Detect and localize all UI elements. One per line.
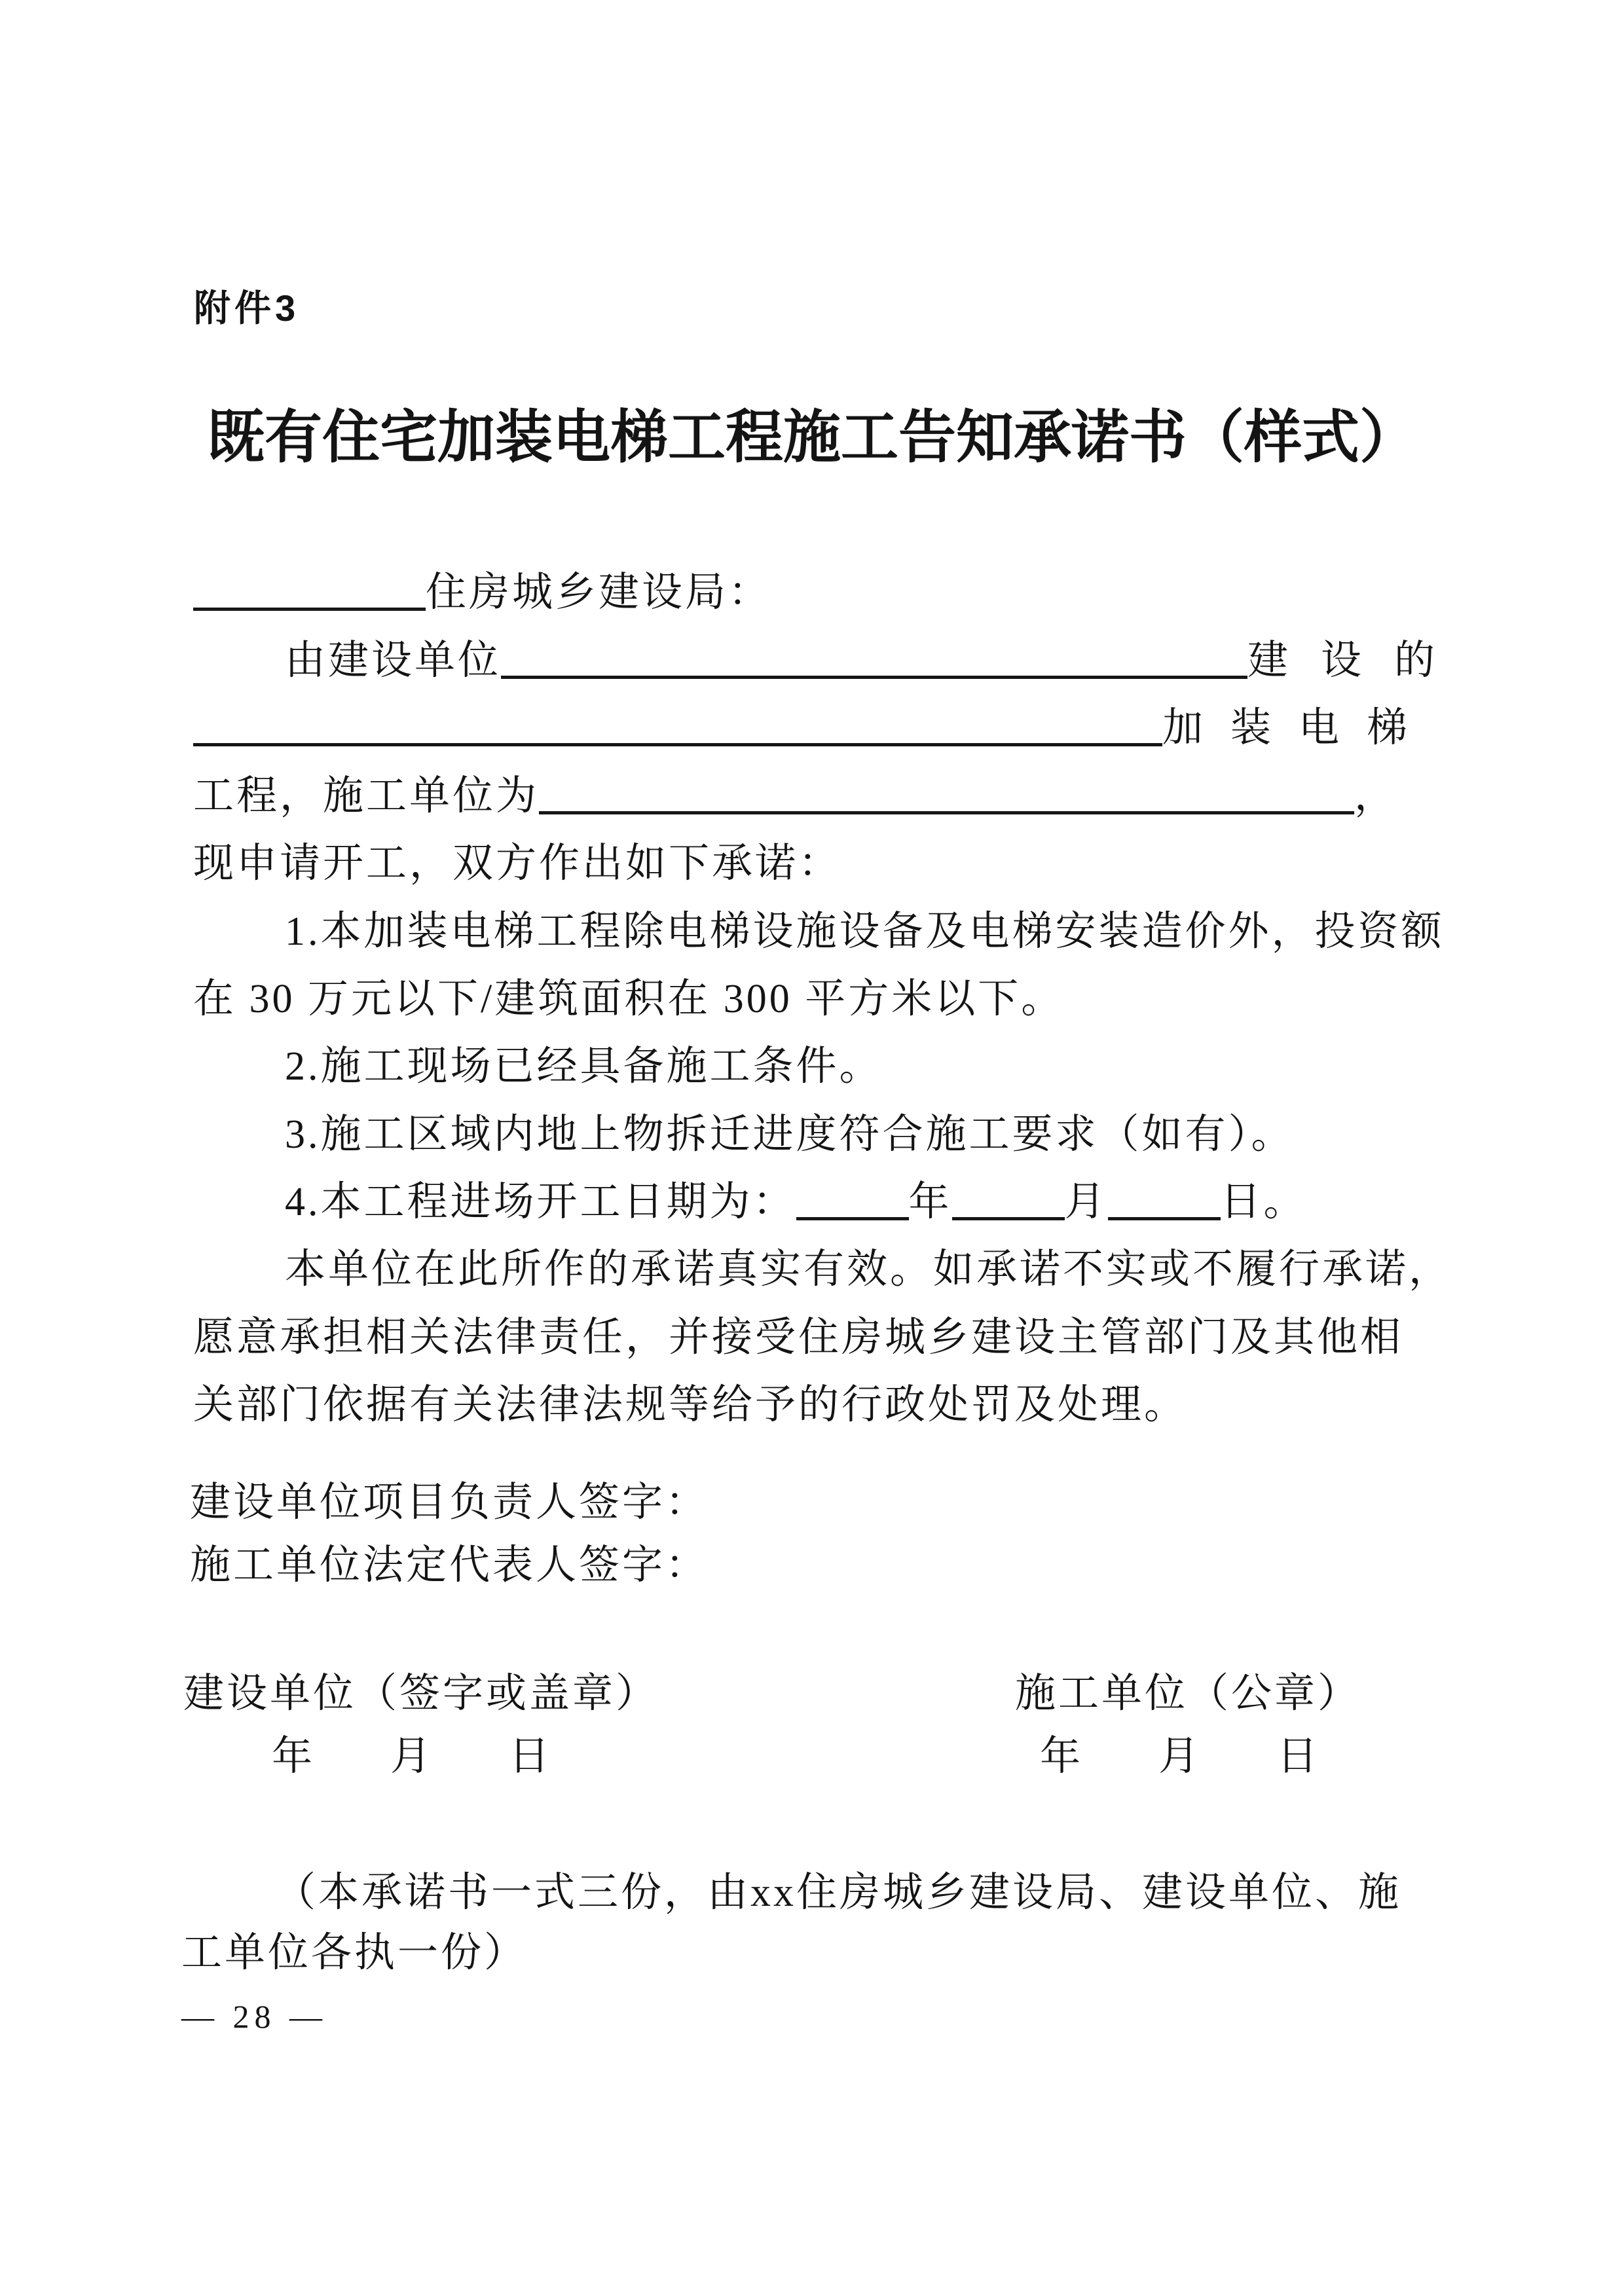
intro-line-2-tail: 加装电梯 (1162, 706, 1435, 750)
commitment-4: 4.本工程进场开工日期为：年月日。 (193, 1176, 1307, 1228)
contractor-date-year-label: 年 (1040, 1731, 1083, 1782)
salutation-text: 住房城乡建设局： (426, 570, 771, 615)
start-month-label: 月 (1065, 1180, 1108, 1224)
builder-date-month-label: 月 (390, 1731, 434, 1782)
blank-start-day (1108, 1179, 1221, 1220)
builder-date-year-label: 年 (272, 1731, 315, 1782)
salutation-line: 住房城乡建设局： (193, 567, 771, 618)
contractor-date-day-label: 日 (1277, 1731, 1320, 1782)
closing-line-3: 关部门依据有关法律法规等给予的行政处罚及处理。 (193, 1379, 1187, 1430)
intro-line-1-tail: 建设的 (1247, 638, 1467, 683)
commitment-1-line-2: 在 30 万元以下/建筑面积在 300 平方米以下。 (193, 974, 1064, 1025)
page-number: — 28 — (181, 1997, 327, 2036)
commitment-3: 3.施工区域内地上物拆迁进度符合施工要求（如有）。 (193, 1109, 1295, 1160)
closing-line-2: 愿意承担相关法律责任，并接受住房城乡建设主管部门及其他相 (193, 1312, 1403, 1363)
builder-date-row: 年月日 (272, 1731, 552, 1782)
note-line-2: 工单位各执一份） (181, 1927, 527, 1978)
blank-builder-name (501, 638, 1247, 679)
signature-builder-pm-label: 建设单位项目负责人签字： (190, 1477, 709, 1528)
document-page: 附件3 既有住宅加装电梯工程施工告知承诺书（样式） 住房城乡建设局： 由建设单位… (0, 0, 1624, 2296)
blank-project-name (193, 705, 1162, 746)
signature-contractor-rep-label: 施工单位法定代表人签字： (190, 1540, 709, 1591)
builder-date-day-label: 日 (509, 1731, 552, 1782)
blank-contractor-name (539, 773, 1354, 814)
stamp-contractor-label: 施工单位（公章） (1015, 1668, 1361, 1719)
contractor-date-month-label: 月 (1158, 1731, 1202, 1782)
intro-line-4: 现申请开工，双方作出如下承诺： (193, 838, 841, 889)
note-line-1: （本承诺书一式三份，由xx住房城乡建设局、建设单位、施 (193, 1867, 1401, 1918)
contractor-date-row: 年月日 (1040, 1731, 1320, 1782)
stamp-builder-label: 建设单位（签字或盖章） (183, 1668, 659, 1719)
intro-line-1: 由建设单位建设的 (193, 635, 1467, 686)
intro-line-3-lead: 工程，施工单位为 (193, 774, 539, 818)
attachment-label: 附件3 (194, 287, 299, 330)
intro-line-2: 加装电梯 (193, 702, 1435, 754)
start-year-label: 年 (909, 1180, 952, 1224)
start-day-label: 日。 (1221, 1180, 1307, 1224)
blank-start-year (796, 1179, 909, 1220)
commitment-2: 2.施工现场已经具备施工条件。 (193, 1041, 883, 1092)
document-title: 既有住宅加装电梯工程施工告知承诺书（样式） (0, 406, 1624, 471)
intro-line-3-tail: ， (1354, 774, 1397, 818)
closing-line-1: 本单位在此所作的承诺真实有效。如承诺不实或不履行承诺， (193, 1244, 1452, 1295)
intro-line-1-lead: 由建设单位 (285, 638, 501, 683)
commitment-4-lead: 4.本工程进场开工日期为： (285, 1180, 796, 1224)
commitment-1-line-1: 1.本加装电梯工程除电梯设施设备及电梯安装造价外，投资额 (193, 906, 1445, 957)
blank-bureau-prefix (193, 570, 426, 611)
intro-line-3: 工程，施工单位为， (193, 771, 1397, 822)
blank-start-month (952, 1179, 1065, 1220)
